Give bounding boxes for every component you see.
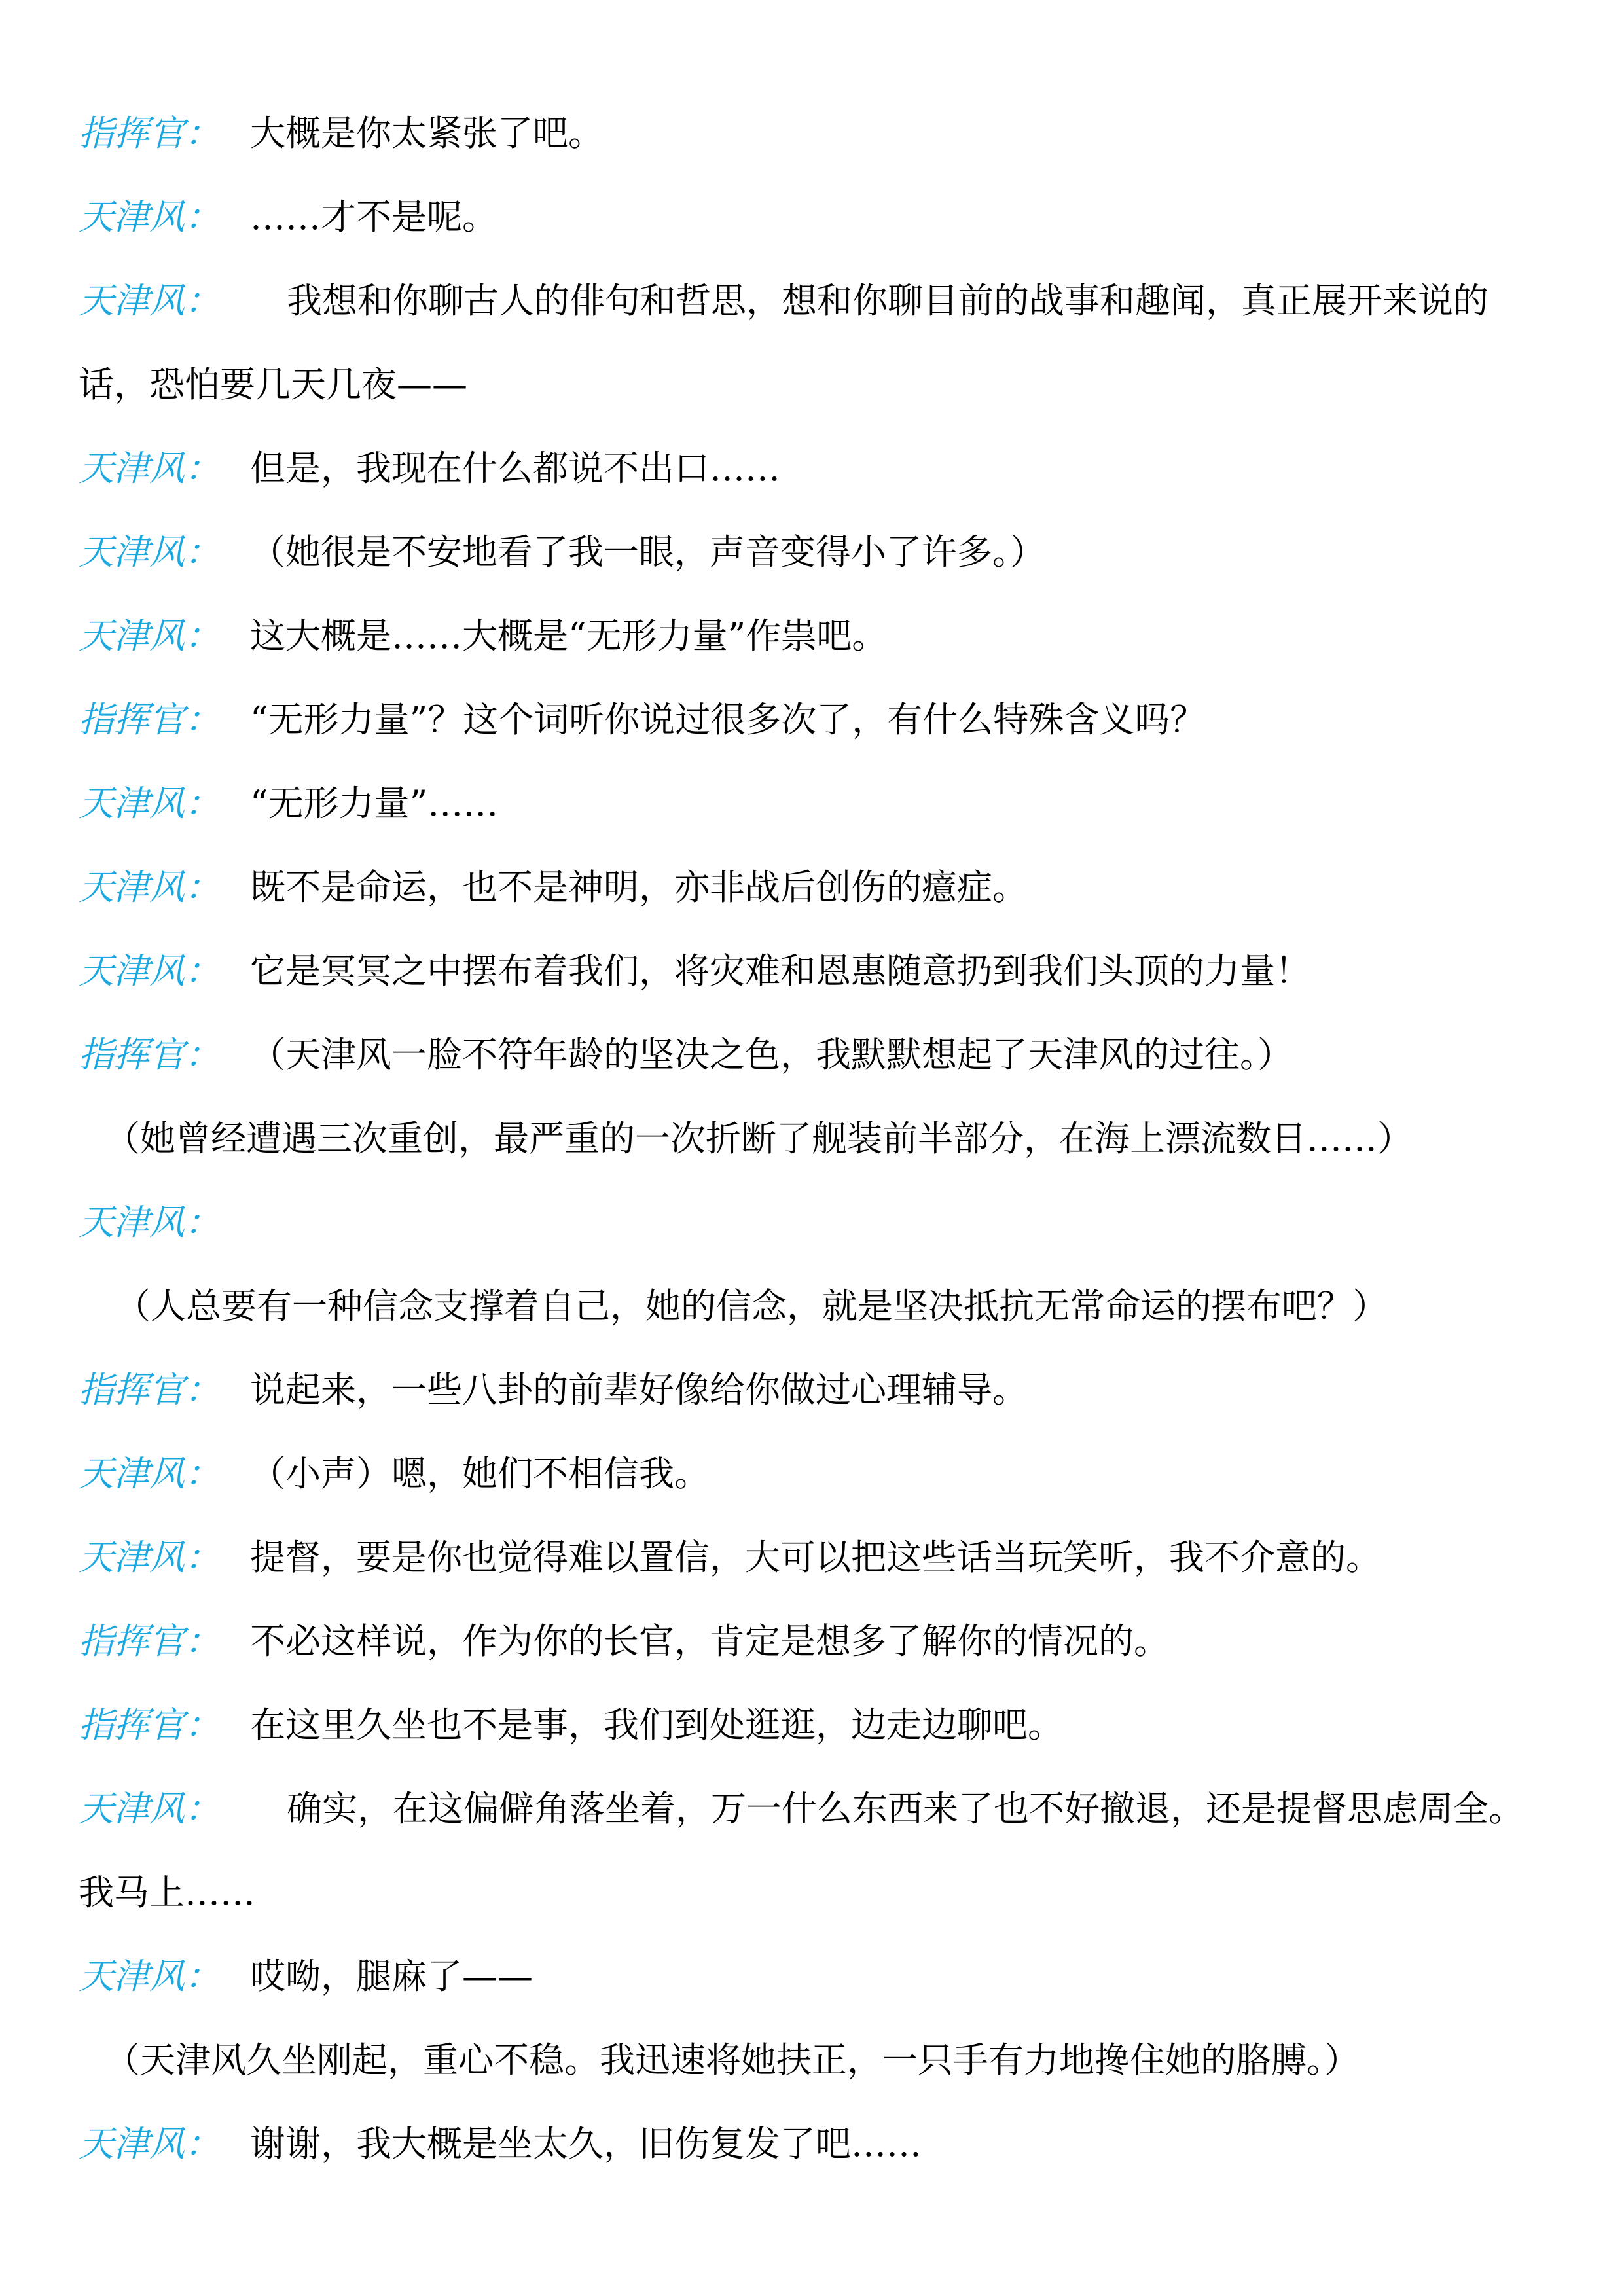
dialogue-line: 天津风：它是冥冥之中摆布着我们，将灾难和恩惠随意扔到我们头顶的力量！ (79, 929, 1551, 1013)
speaker-label: 天津风： (79, 846, 250, 929)
dialogue-text: 但是，我现在什么都说不出口…… (250, 448, 780, 489)
dialogue-text: 谢谢，我大概是坐太久，旧伤复发了吧…… (250, 2123, 922, 2164)
speaker-label: 指挥官： (79, 678, 250, 762)
dialogue-text: “无形力量”？这个词听你说过很多次了，有什么特殊含义吗？ (250, 699, 1205, 740)
dialogue-line: 天津风：哎呦，腿麻了—— (79, 1935, 1551, 2018)
dialogue-line: 天津风：（小声）嗯，她们不相信我。 (79, 1432, 1551, 1516)
dialogue-line: 指挥官：（天津风一脸不符年龄的坚决之色，我默默想起了天津风的过往。） (79, 1013, 1551, 1097)
speaker-label: 指挥官： (79, 1348, 250, 1432)
dialogue-text: 在这里久坐也不是事，我们到处逛逛，边走边聊吧。 (250, 1704, 1063, 1746)
dialogue-text: 既不是命运，也不是神明，亦非战后创伤的癔症。 (250, 867, 1028, 908)
dialogue-text: （天津风一脸不符年龄的坚决之色，我默默想起了天津风的过往。） (250, 1034, 1293, 1075)
speaker-label: 天津风： (79, 1181, 250, 1265)
dialogue-text: 说起来，一些八卦的前辈好像给你做过心理辅导。 (250, 1369, 1028, 1410)
speaker-label: 指挥官： (79, 1013, 250, 1097)
dialogue-line: 天津风：我想和你聊古人的俳句和哲思，想和你聊目前的战事和趣闻，真正展开来说的话，… (79, 259, 1551, 427)
dialogue-line: 天津风：谢谢，我大概是坐太久，旧伤复发了吧…… (79, 2102, 1551, 2186)
dialogue-line: 天津风：“无形力量”…… (79, 762, 1551, 846)
speaker-label: 天津风： (79, 1935, 250, 2018)
speaker-label: 指挥官： (79, 1600, 250, 1683)
dialogue-line: 天津风：提督，要是你也觉得难以置信，大可以把这些话当玩笑听，我不介意的。 (79, 1516, 1551, 1600)
dialogue-line: 指挥官：“无形力量”？这个词听你说过很多次了，有什么特殊含义吗？ (79, 678, 1551, 762)
dialogue-line: 指挥官：大概是你太紧张了吧。 (79, 92, 1551, 175)
dialogue-text: “无形力量”…… (250, 783, 498, 824)
dialogue-text: ……才不是呢。 (250, 196, 497, 238)
dialogue-text: 不必这样说，作为你的长官，肯定是想多了解你的情况的。 (250, 1621, 1169, 1662)
dialogue-line: 天津风：……才不是呢。 (79, 175, 1551, 259)
dialogue-text: 这大概是……大概是“无形力量”作祟吧。 (250, 615, 887, 656)
dialogue-line: 指挥官：说起来，一些八卦的前辈好像给你做过心理辅导。 (79, 1348, 1551, 1432)
dialogue-text: （她很是不安地看了我一眼，声音变得小了许多。） (250, 531, 1045, 573)
speaker-label: 指挥官： (79, 1683, 250, 1767)
dialogue-text: 哎呦，腿麻了—— (250, 1956, 533, 1997)
speaker-label: 天津风： (79, 929, 250, 1013)
speaker-label: 天津风： (79, 1516, 250, 1600)
dialogue-line: 天津风：但是，我现在什么都说不出口…… (79, 427, 1551, 511)
dialogue-line: 指挥官：在这里久坐也不是事，我们到处逛逛，边走边聊吧。 (79, 1683, 1551, 1767)
speaker-label: 天津风： (79, 511, 250, 594)
dialogue-text: 确实，在这偏僻角落坐着，万一什么东西来了也不好撤退，还是提督思虑周全。我马上…… (79, 1788, 1524, 1913)
dialogue-text: （人总要有一种信念支撑着自己，她的信念，就是坚决抵抗无常命运的摆布吧？） (79, 1285, 1388, 1327)
narration-line: （天津风久坐刚起，重心不稳。我迅速将她扶正，一只手有力地搀住她的胳膊。） (79, 2018, 1551, 2102)
narration-text: （她曾经遭遇三次重创，最严重的一次折断了舰装前半部分，在海上漂流数日……） (105, 1118, 1413, 1159)
speaker-label: 天津风： (79, 427, 250, 511)
speaker-label: 天津风： (79, 2102, 250, 2186)
speaker-label: 天津风： (79, 594, 250, 678)
dialogue-text: 我想和你聊古人的俳句和哲思，想和你聊目前的战事和趣闻，真正展开来说的话，恐怕要几… (79, 280, 1489, 405)
dialogue-line: 天津风：（她很是不安地看了我一眼，声音变得小了许多。） (79, 511, 1551, 594)
speaker-label: 指挥官： (79, 92, 250, 175)
narration-text: （天津风久坐刚起，重心不稳。我迅速将她扶正，一只手有力地搀住她的胳膊。） (105, 2039, 1360, 2081)
dialogue-text: 大概是你太紧张了吧。 (250, 113, 604, 154)
speaker-label: 天津风： (79, 1432, 250, 1516)
dialogue-text: 提督，要是你也觉得难以置信，大可以把这些话当玩笑听，我不介意的。 (250, 1537, 1381, 1578)
narration-line: （她曾经遭遇三次重创，最严重的一次折断了舰装前半部分，在海上漂流数日……） (79, 1097, 1551, 1181)
speaker-label: 天津风： (79, 175, 250, 259)
dialogue-line: 天津风：这大概是……大概是“无形力量”作祟吧。 (79, 594, 1551, 678)
dialogue-line: 指挥官：不必这样说，作为你的长官，肯定是想多了解你的情况的。 (79, 1600, 1551, 1683)
speaker-label: 天津风： (79, 1767, 250, 1851)
dialogue-line: 天津风：既不是命运，也不是神明，亦非战后创伤的癔症。 (79, 846, 1551, 929)
dialogue-text: （小声）嗯，她们不相信我。 (250, 1453, 710, 1494)
speaker-label: 天津风： (79, 259, 250, 343)
dialogue-text: 它是冥冥之中摆布着我们，将灾难和恩惠随意扔到我们头顶的力量！ (250, 950, 1310, 992)
dialogue-document: 指挥官：大概是你太紧张了吧。 天津风：……才不是呢。 天津风：我想和你聊古人的俳… (79, 92, 1551, 2186)
speaker-label: 天津风： (79, 762, 250, 846)
dialogue-line: 天津风：确实，在这偏僻角落坐着，万一什么东西来了也不好撤退，还是提督思虑周全。我… (79, 1767, 1551, 1935)
dialogue-line: 天津风：（人总要有一种信念支撑着自己，她的信念，就是坚决抵抗无常命运的摆布吧？） (79, 1181, 1551, 1348)
